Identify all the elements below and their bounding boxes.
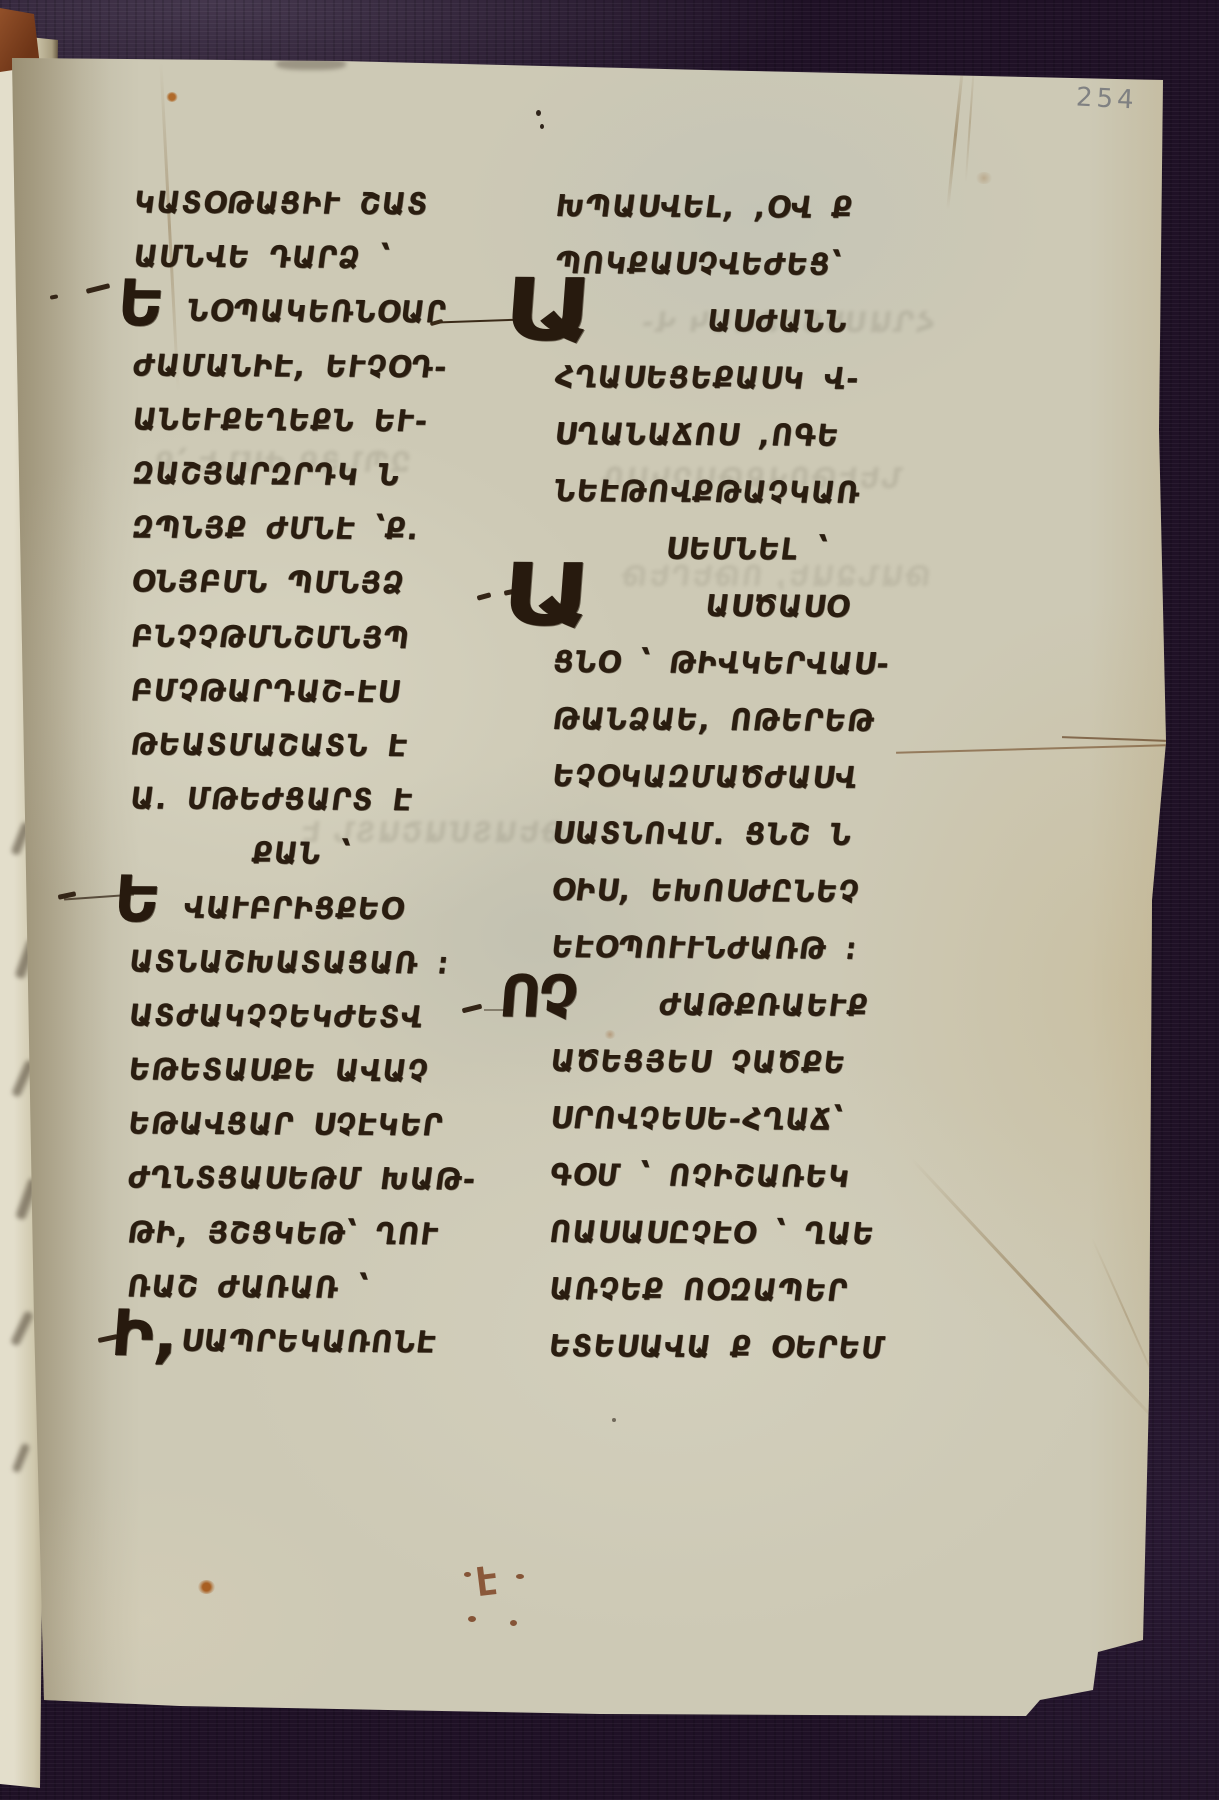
facing-page-text-ghost — [10, 1310, 34, 1346]
text-line: ԱԾԵՑՅԵՍ ՉԱԾՔԵ — [551, 1032, 907, 1091]
initial-letter: Ա — [500, 260, 598, 361]
text-line: ԹԱՆՁԱԵ, ՈԹԵՐԵԹ — [553, 690, 909, 749]
text-line: Ի,ՍԱՊՐԵԿԱՌՈՆԷ — [127, 1313, 461, 1369]
facing-page-text-ghost — [12, 1443, 31, 1474]
text-line: ԱՆԵՒՔԵՂԵՔՆ ԵՒ- — [133, 392, 467, 448]
text-line: ՍՐՈՎՉԵՍԵ-ՀՂԱՃ՝ — [550, 1089, 906, 1148]
text-line: ԵԹԵՏԱՍՔԵ ԱՎԱՉ — [129, 1042, 463, 1098]
text-line: ՀՂԱՍԵՑԵՔԱՍԿ Վ- — [555, 348, 911, 407]
text-line: ԽՊԱՍՎԵԼ, ,ՕՎ Ք — [556, 177, 912, 236]
text-line: ԲՄՉԹԱՐԴԱՇ-ԷՍ — [131, 663, 465, 719]
text-line: ԿԱՏՕԹԱՑԻՒ ՇԱՏ — [134, 175, 468, 231]
text-line: ԶՊՆՅՔ ԺՄՆԷ ՝Ք. — [132, 500, 466, 556]
text-line: ԺՂՆՏՑԱՍԵԹՄ ԽԱԹ- — [128, 1150, 462, 1206]
parchment-leaf: ՀՂԱՍԵՑԵՔԱՍԿ Վ- ԶՊՆՅՔ ԺՄՆԷ ՝Ք. ՆԵԷԹՈՎՔԹԱՉ… — [0, 0, 1219, 1800]
text-line: ՍԱՏՆՈՎՄ. ՑՆՇ Ն — [552, 804, 908, 863]
right-column: ԽՊԱՍՎԵԼ, ,ՕՎ Ք ՊՈԿՔԱՍՉՎԵԺԵՑ՝ ԱԱՍԺԱՆՆ ՀՂԱ… — [549, 177, 912, 1376]
text-line: ՔԱՆ ՝ — [130, 825, 464, 881]
text-line: ԵՉՕԿԱԶՄԱԾԺԱՍՎ — [553, 747, 909, 806]
text-line: ՆԵԷԹՈՎՔԹԱՉԿԱՌ — [554, 462, 910, 521]
text-line: Ա. ՄԹԵԺՑԱՐՏ Է — [130, 771, 464, 827]
text-line: ԹԵԱՏՄԱՇԱՏՆ Է — [131, 717, 465, 773]
text-block: ԿԱՏՕԹԱՑԻՒ ՇԱՏ ԱՄՆՎԵ ԴԱՐՁ ՝ ԵՆՕՊԱԿԵՌՆՕԱՐ … — [0, 0, 1219, 1800]
text-line: ԵՎԱՒԲՐԻՑՔԵՕ — [130, 880, 464, 936]
text-line: ԱՏԺԱԿՉՉԵԿԺԵՏՎ — [129, 988, 463, 1044]
text-line: ԱԱՍԺԱՆՆ — [555, 291, 911, 350]
initial-letter: ՈՉ — [497, 962, 578, 1030]
text-line: ՈՉԺԱԹՔՌԱԵՒՔ — [551, 975, 907, 1034]
text-line: ՑՆՕ ՝ ԹԻՎԿԵՐՎԱՍ- — [553, 633, 909, 692]
initial-letter: Ե — [111, 863, 163, 937]
text-line: ՕԻՍ, ԵԽՈՍԺԸՆԵՉ — [552, 861, 908, 920]
text-line: ԱՄՆՎԵ ԴԱՐՁ ՝ — [134, 229, 468, 285]
text-line: ԵԹԱՎՑԱՐ ՍՉԷԿԵՐ — [128, 1096, 462, 1152]
text-line: ԵՆՕՊԱԿԵՌՆՕԱՐ — [133, 283, 467, 339]
left-column: ԿԱՏՕԹԱՑԻՒ ՇԱՏ ԱՄՆՎԵ ԴԱՐՁ ՝ ԵՆՕՊԱԿԵՌՆՕԱՐ … — [127, 175, 468, 1369]
text-line: ԶԱՇՅԱՐԶՐԴԿ Ն — [132, 446, 466, 502]
text-line: ԲՆՉՉԹՄՆՇՄՆՅՊ — [131, 609, 465, 665]
initial-letter: Ե — [115, 267, 167, 341]
text-line: ԵԷՕՊՈՒՒՆԺԱՌԹ ։ — [552, 918, 908, 977]
initial-letter: Ա — [498, 545, 596, 646]
text-line: ՍՂԱՆԱՃՈՍ ,ՈԳԵ — [555, 405, 911, 464]
text-line: ՕՆՅԲՄՆ ՊՄՆՅՁ — [132, 554, 466, 610]
text-line: ԺԱՄԱՆԻԷ, ԵՒՉՕԴ- — [133, 338, 467, 394]
text-line: ՊՈԿՔԱՍՉՎԵԺԵՑ՝ — [556, 234, 912, 293]
text-line: ԹԻ, ՅՇՑԿԵԹ՝ ՂՈՒ — [128, 1205, 462, 1261]
photograph: ՀՂԱՍԵՑԵՔԱՍԿ Վ- ԶՊՆՅՔ ԺՄՆԷ ՝Ք. ՆԵԷԹՈՎՔԹԱՉ… — [0, 0, 1219, 1800]
initial-letter: Ի, — [109, 1297, 182, 1371]
text-line: ԱՏՆԱՇԽԱՏԱՑԱՌ ։ — [129, 934, 463, 990]
text-line: ԱՌՉԵՔ ՈՕԶԱՊԵՐ — [549, 1260, 905, 1319]
text-line: ԱԱՍԾԱՍՕ — [554, 576, 910, 635]
text-line: ԵՏԵՍԱՎԱ Ք ՕԵՐԵՄ — [549, 1317, 905, 1376]
text-line: ՈԱՍԱՍԸՉԷՕ ՝ ՂԱԵ — [550, 1203, 906, 1262]
text-line: ՍԵՄՆԵԼ ՝ — [554, 519, 910, 578]
text-line: ԳՕՄ ՝ ՈՉԻՇԱՌԵԿ — [550, 1146, 906, 1205]
